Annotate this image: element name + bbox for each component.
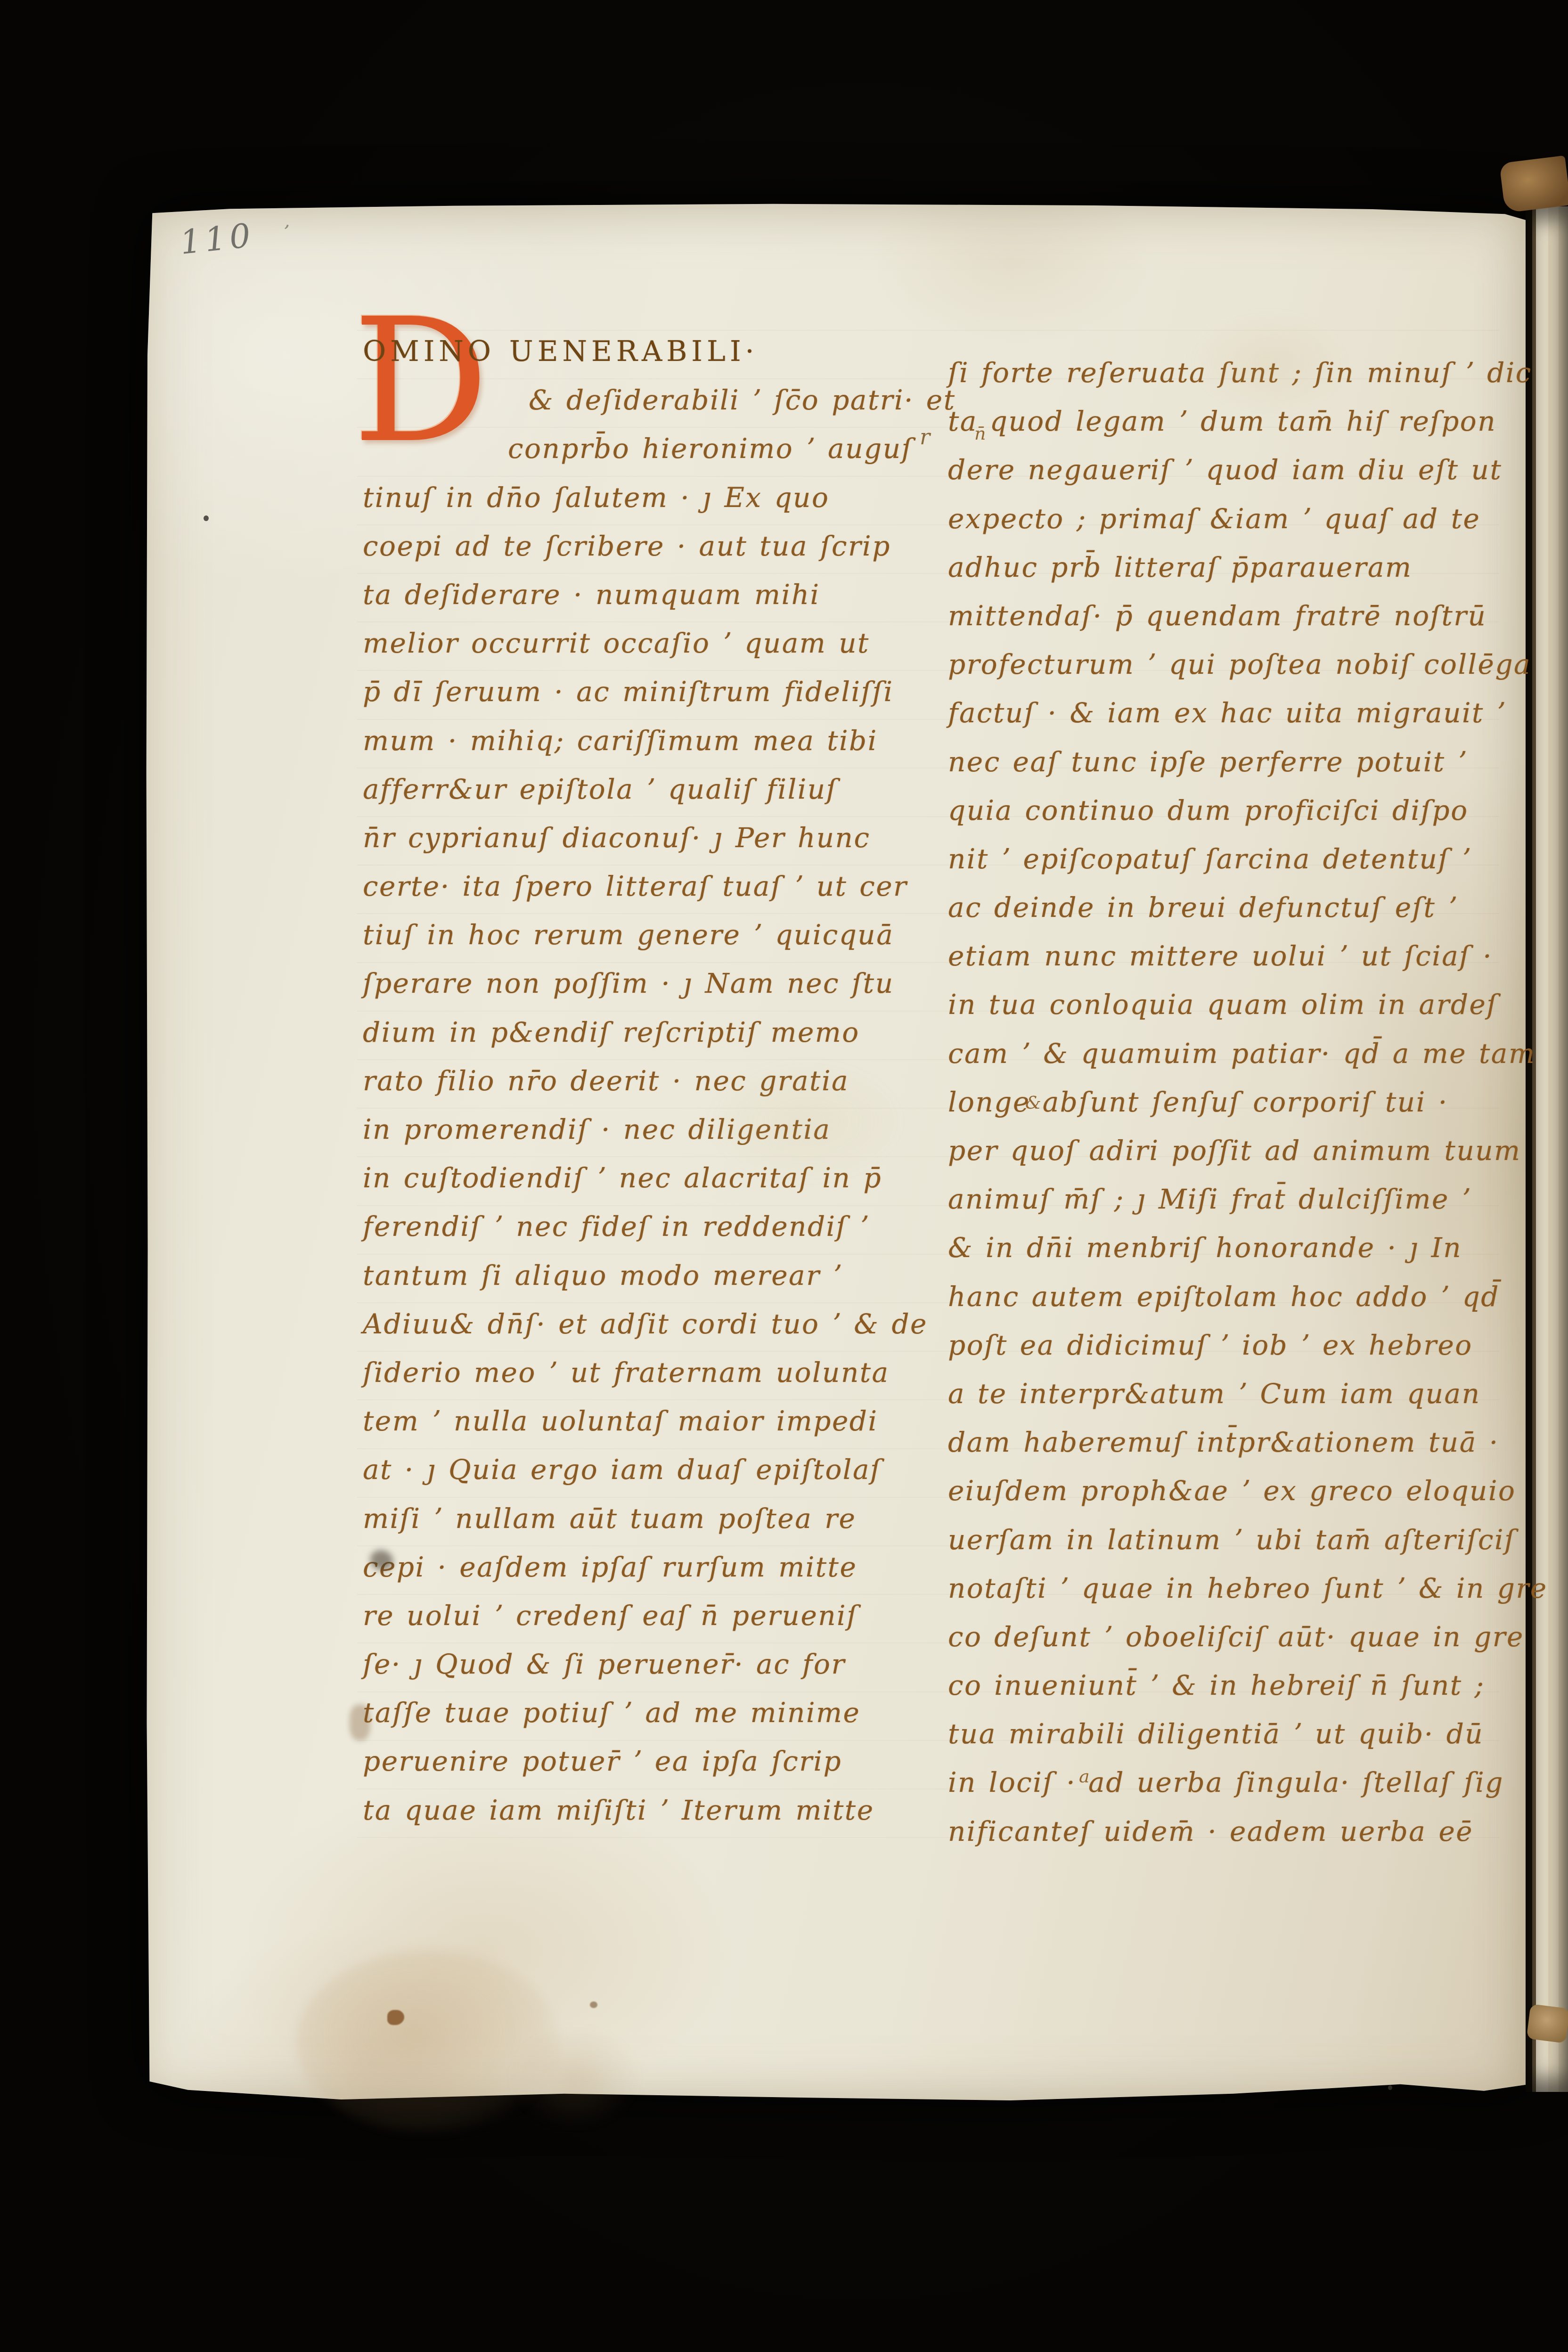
text-line: ſe· ȷ Quod & ſi peruener̄· ac for — [363, 1640, 947, 1689]
text-line: dam haberemuſ int̄pr&ationem tuā · — [948, 1418, 1504, 1467]
text-line: coepi ad te ſcribere · aut tua ſcrip — [363, 522, 947, 571]
text-line: tantum ſi aliquo modo merear ʼ — [363, 1251, 947, 1300]
text-line: ſiderio meo ʼ ut fraternam uolunta — [363, 1348, 947, 1397]
text-line: ſperare non poſſim · ȷ Nam nec ſtu — [363, 959, 947, 1008]
text-line: taſſe tuae potiuſ ʼ ad me minime — [363, 1689, 947, 1737]
text-line: re uolui ʼ credenſ eaſ n̄ perueniſ — [363, 1592, 947, 1640]
text-line: at · ȷ Quia ergo iam duaſ epiſtolaſ — [363, 1445, 947, 1494]
binding-leather-bottom — [1527, 2004, 1568, 2043]
text-line: ac deinde in breui defunctuſ eſt ʼ — [948, 883, 1504, 932]
pencil-dot — [204, 515, 209, 521]
text-line: nit ʼ epiſcopatuſ ſarcina detentuſ ʼ — [948, 835, 1504, 883]
text-line: nec eaſ tunc ipſe perferre potuit ʼ — [948, 738, 1504, 786]
text-line: profecturum ʼ qui poſtea nobiſ collēga — [948, 640, 1504, 689]
text-line: etiam nunc mittere uolui ʼ ut ſciaſ · — [948, 932, 1504, 980]
text-line: hanc autem epiſtolam hoc addo ʼ qd̄ — [948, 1273, 1504, 1321]
text-line: nificanteſ uidem̄ · eadem uerba eē — [948, 1807, 1504, 1856]
text-line: in promerendiſ · nec diligentia — [363, 1105, 947, 1154]
text-line: animuſ m̄ſ ; ȷ Miſi frat̄ dulciſſime ʼ — [948, 1175, 1504, 1224]
text-line: co deſunt ʼ oboeliſciſ aūt· quae in gre — [948, 1613, 1504, 1661]
text-line: tinuſ in dn̄o ſalutem · ȷ Ex quo — [363, 474, 947, 522]
text-line: in tua conloquia quam olim in ardeſ — [948, 980, 1504, 1029]
text-line: cepi · eaſdem ipſaſ rurſum mitte — [363, 1543, 947, 1592]
text-line: in lociſ · ad uerba ſingula· ſtellaſ ſig — [948, 1758, 1504, 1807]
text-line: in cuſtodiendiſ ʼ nec alacritaſ in p̄ — [363, 1154, 947, 1202]
text-line: eiuſdem proph&ae ʼ ex greco eloquio — [948, 1467, 1504, 1515]
text-line: quia continuo dum proficiſci diſpo — [948, 786, 1504, 835]
text-line: cam ʼ & quamuim patiar· qd̄ a me tam — [948, 1029, 1504, 1078]
text-line: factuſ · & iam ex hac uita migrauit ʼ — [948, 689, 1504, 737]
text-line: ſi forte reſeruata ſunt ; ſin minuſ ʼ di… — [948, 349, 1504, 397]
manuscript-photo: 110 ʼ D r n̄ & a OMINO UENERABILI· & deſ… — [0, 0, 1568, 2352]
text-line: dere negaueriſ ʼ quod iam diu eſt ut — [948, 446, 1504, 494]
text-line: ta deſiderare · numquam mihi — [363, 571, 947, 619]
text-line: poſt ea didicimuſ ʼ iob ʼ ex hebreo — [948, 1321, 1504, 1370]
text-line: uerſam in latinum ʼ ubi tam̄ aſteriſciſ — [948, 1516, 1504, 1564]
text-line: afferr&ur epiſtola ʼ qualiſ filiuſ — [363, 765, 947, 814]
binding-leather-top — [1499, 155, 1568, 213]
text-line: Adiuu& dn̄ſ· et adſit cordi tuo ʼ & de — [363, 1300, 947, 1348]
text-line: longe abſunt ſenſuſ corporiſ tui · — [948, 1078, 1504, 1127]
text-line: ta quae iam miſiſti ʼ Iterum mitte — [363, 1786, 947, 1835]
right-text-column: ſi forte reſeruata ſunt ; ſin minuſ ʼ di… — [948, 349, 1504, 1856]
text-line: tiuſ in hoc rerum genere ʼ quicquā — [363, 911, 947, 959]
incipit-heading: OMINO UENERABILI· — [363, 327, 947, 376]
text-line: miſi ʼ nullam aūt tuam poſtea re — [363, 1494, 947, 1543]
text-line: conprb̄o hieronimo ʼ auguſ — [363, 425, 947, 473]
text-line: & in dn̄i menbriſ honorande · ȷ In — [948, 1224, 1504, 1272]
text-line: dium in p&endiſ reſcriptiſ memo — [363, 1008, 947, 1057]
text-line: tem ʼ nulla uoluntaſ maior impedi — [363, 1397, 947, 1445]
text-line: rato filio nr̄o deerit · nec gratia — [363, 1057, 947, 1105]
text-line: n̄r cyprianuſ diaconuſ· ȷ Per hunc — [363, 814, 947, 862]
text-line: melior occurrit occaſio ʼ quam ut — [363, 619, 947, 668]
text-line: certe· ita ſpero litteraſ tuaſ ʼ ut cer — [363, 862, 947, 911]
book-fore-edge — [1526, 206, 1568, 2092]
text-line: mittendaſ· p̄ quendam fratrē noſtrū — [948, 592, 1504, 640]
folio-number: 110 — [178, 216, 256, 262]
text-line: p̄ dī ſeruum · ac miniſtrum fideliſſi — [363, 668, 947, 716]
left-text-column: OMINO UENERABILI· & deſiderabili ʼ ſc̄o … — [363, 327, 947, 1835]
text-line: ferendiſ ʼ nec fideſ in reddendiſ ʼ — [363, 1202, 947, 1251]
text-line: mum · mihiq; cariſſimum mea tibi — [363, 717, 947, 765]
text-line: tua mirabili diligentiā ʼ ut quib· dū — [948, 1710, 1504, 1758]
text-line: a te interpr&atum ʼ Cum iam quan — [948, 1370, 1504, 1418]
text-line: co inueniunt̄ ʼ & in hebreiſ n̄ ſunt ; — [948, 1661, 1504, 1710]
text-line: notaſti ʼ quae in hebreo ſunt ʼ & in gre — [948, 1564, 1504, 1613]
text-line: & deſiderabili ʼ ſc̄o patri· et — [363, 376, 947, 425]
text-line: expecto ; primaſ &iam ʼ quaſ ad te — [948, 495, 1504, 543]
text-line: ta quod legam ʼ dum tam̄ hiſ reſpon — [948, 397, 1504, 446]
edge-speck — [1388, 2085, 1392, 2090]
text-line: adhuc prb̄ litteraſ p̄paraueram — [948, 543, 1504, 592]
text-line: peruenire potuer̄ ʼ ea ipſa ſcrip — [363, 1737, 947, 1786]
text-line: per quoſ adiri poſſit ad animum tuum — [948, 1127, 1504, 1175]
